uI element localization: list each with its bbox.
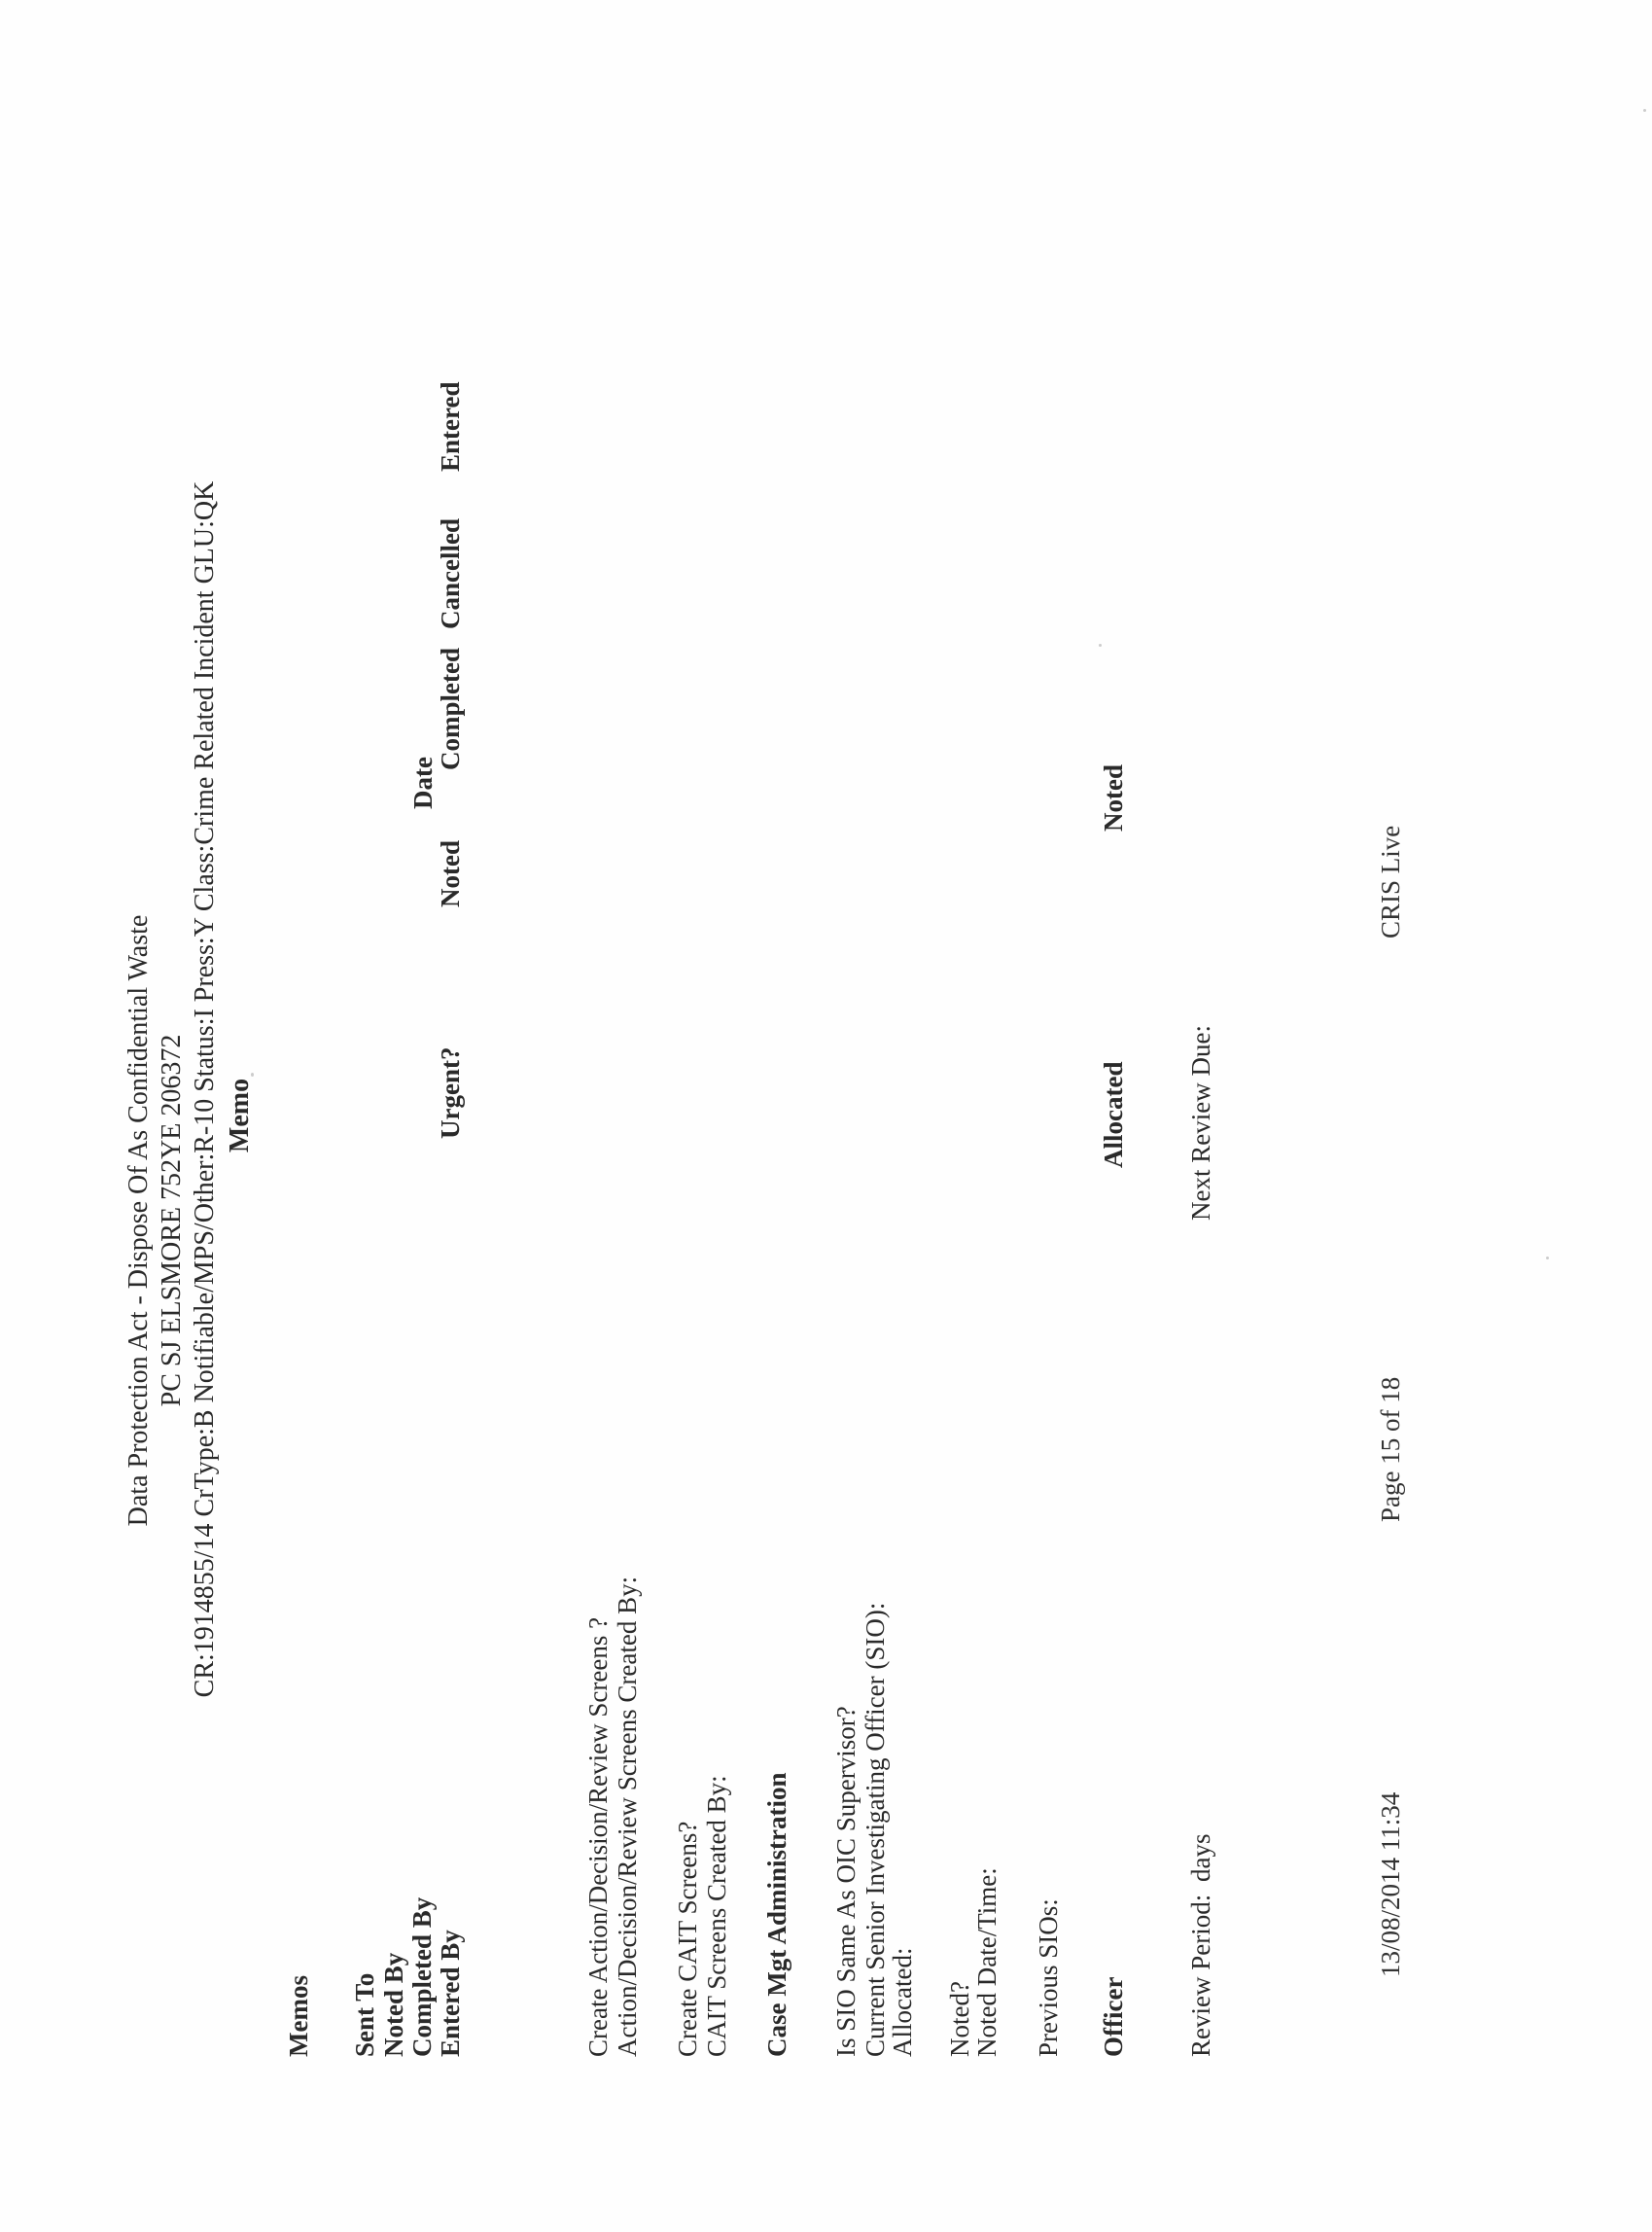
cait-screens-created-by: CAIT Screens Created By: [702,1775,731,2057]
action-screens-created-by: Action/Decision/Review Screens Created B… [613,1577,642,2057]
scan-speck [251,1073,254,1077]
scan-speck [1099,644,1102,647]
create-action-screens-question: Create Action/Decision/Review Screens ? [583,1617,613,2057]
noted-question: Noted? [945,1981,974,2057]
footer-print-timestamp: 13/08/2014 11:34 [1376,1792,1405,1977]
sio-table-column-header: Noted [1099,764,1128,832]
scan-speck [1546,1257,1549,1259]
next-review-due-label: Next Review Due: [1186,1025,1215,1221]
footer-system-name: CRIS Live [1376,826,1405,939]
officer-line: PC SJ ELSMORE 752YE 206372 [158,1035,187,1407]
section-title: Memo [226,1079,255,1152]
document-page: Data Protection Act - Dispose Of As Conf… [0,0,1652,2232]
review-period-label: Review Period: [1186,1895,1215,2057]
create-cait-screens-question: Create CAIT Screens? [673,1822,702,2057]
sio-table-column-header: Allocated [1099,1062,1128,1168]
footer-page-number: Page 15 of 18 [1376,1377,1405,1522]
memo-column-header: Noted [436,840,465,907]
memos-heading: Memos [284,1975,313,2057]
noted-datetime-label: Noted Date/Time: [972,1867,1002,2057]
case-mgt-heading: Case Mgt Administration [762,1773,791,2058]
memo-row-label: Entered By [436,1930,465,2057]
date-group-label: Date [408,757,438,809]
case-summary-line: CR:1914855/14 CrType:B Notifiable/MPS/Ot… [191,481,220,1698]
allocated-label: Allocated: [888,1948,917,2057]
sio-same-as-oic-question: Is SIO Same As OIC Supervisor? [831,1706,861,2057]
memo-row-label: Completed By [407,1897,437,2057]
memo-column-header: Entered [436,382,465,473]
current-sio-label: Current Senior Investigating Officer (SI… [861,1603,890,2057]
memo-column-header: Completed [436,648,465,770]
memo-column-header: Urgent? [436,1047,465,1139]
scan-speck [1643,109,1646,112]
previous-sios-label: Previous SIOs: [1034,1898,1063,2057]
memo-row-label: Noted By [379,1953,408,2057]
document-title: Data Protection Act - Dispose Of As Conf… [124,915,154,1527]
memo-column-header: Cancelled [436,518,465,629]
sio-table-column-header: Officer [1099,1977,1128,2057]
memo-row-label: Sent To [350,1973,379,2057]
review-period-unit: days [1186,1834,1215,1883]
